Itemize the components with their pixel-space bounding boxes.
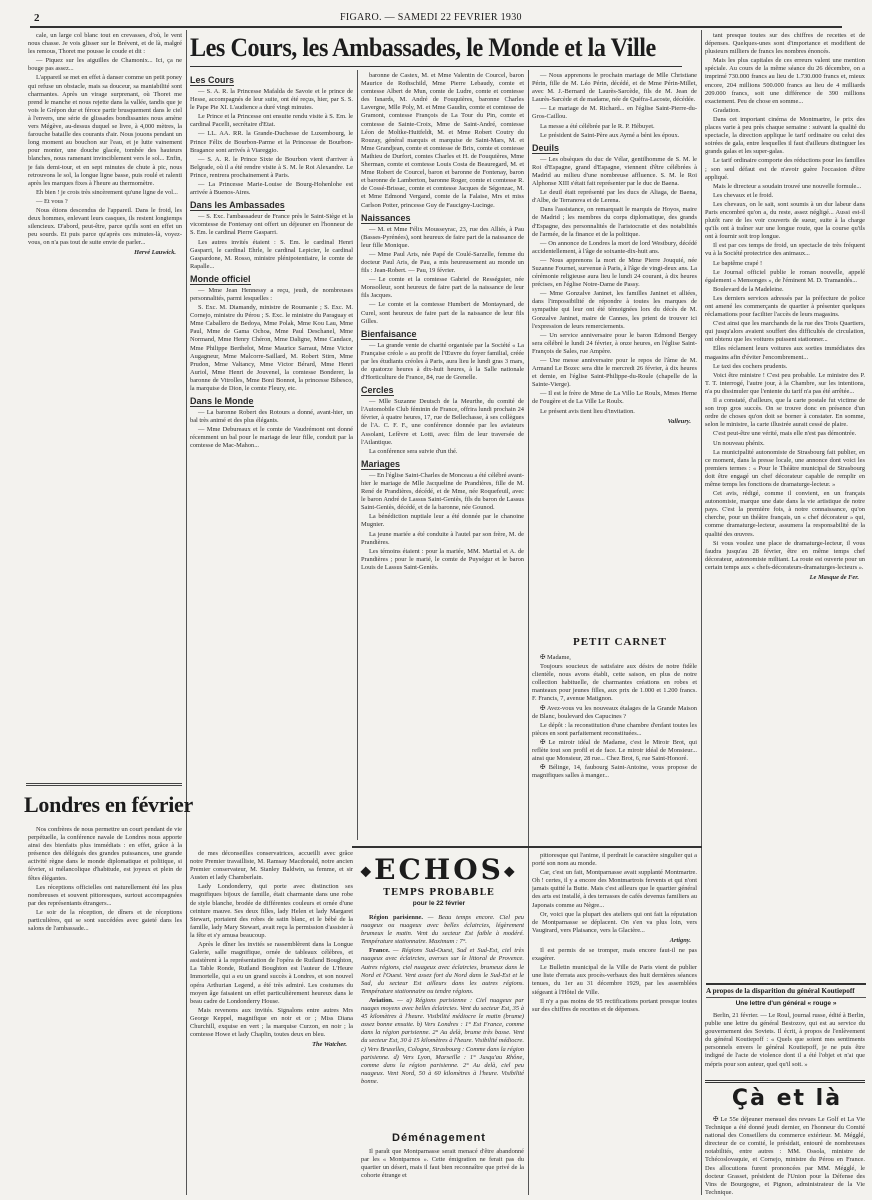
- paragraph: — M. et Mme Félix Mousseyrac, 23, rue de…: [361, 226, 524, 250]
- paragraph: Cet avis, rédigé, comme il convient, en …: [705, 490, 865, 539]
- paragraph: ✠ Le 55e déjeuner mensuel des revues Le …: [705, 1116, 865, 1197]
- weather-title: TEMPS PROBABLE: [354, 888, 524, 898]
- paragraph: Les derniers services adressés par la pr…: [705, 295, 865, 319]
- column-rule: [701, 30, 702, 1195]
- paragraph: C'est ainsi que les marchands de la rue …: [705, 320, 865, 344]
- paragraph: Les autres invités étaient : S. Em. le c…: [190, 239, 353, 271]
- petit-carnet-title: PETIT CARNET: [540, 636, 700, 648]
- paragraph: Or, voici que la plupart des ateliers qu…: [532, 911, 697, 935]
- main-headline: Les Cours, les Ambassades, le Monde et l…: [190, 33, 653, 63]
- paragraph: Le Bulletin municipal de la Ville de Par…: [532, 964, 697, 996]
- column-2: Les Cours— S. A. R. la Princesse Mafalda…: [190, 72, 353, 832]
- paragraph: — On annonce de Londres la mort de lord …: [532, 240, 697, 256]
- paragraph: C'est peut-être une vérité, mais elle n'…: [705, 430, 865, 438]
- paragraph: — La grande vente de charité organisée p…: [361, 342, 524, 382]
- paragraph: Les chevaux, on le sait, sont soumis à u…: [705, 201, 865, 241]
- echos-title: ◆ECHOS◆: [354, 853, 524, 886]
- paragraph: — Il est le frère de Mme de La Villo Le …: [532, 390, 697, 406]
- paragraph: — Nous apprenons la mort de Mme Pierre J…: [532, 257, 697, 289]
- section-heading: Dans les Ambassades: [190, 200, 285, 211]
- paragraph: S. Exc. M. Diamandy, ministre de Roumani…: [190, 304, 353, 393]
- section-heading: Naissances: [361, 213, 411, 224]
- paragraph: — Et vous ?: [28, 198, 182, 206]
- paragraph: — Mme Paul Aris, née Papé de Coulé-Sarze…: [361, 251, 524, 275]
- paragraph: — Piquez sur les aiguilles de Chamonix..…: [28, 57, 182, 73]
- section-heading: Dans le Monde: [190, 396, 254, 407]
- paragraph: Voici être ministre ! C'est peu probable…: [705, 372, 865, 396]
- paragraph: — S. Exc. l'ambassadeur de France près l…: [190, 213, 353, 237]
- paragraph: — Une messe anniversaire pour le repos d…: [532, 357, 697, 389]
- column-rule: [186, 30, 187, 1195]
- weather-text: — a) Régions parisienne : Ciel nuageux p…: [361, 997, 524, 1085]
- paragraph: Les réceptions officielles ont naturelle…: [28, 884, 182, 908]
- paragraph: — Mme Gonzalve Janinet, les familles Jan…: [532, 290, 697, 330]
- koutiepoff-headline: A propos de la disparition du général Ko…: [706, 983, 866, 998]
- weather-text: — Régions Sud-Ouest, Sud et Sud-Est, cie…: [361, 947, 524, 994]
- paragraph: Le président de Saint-Père aux Aymé a bé…: [532, 132, 697, 140]
- paragraph: Elles réclament leurs voitures aux sorti…: [705, 345, 865, 361]
- paragraph: de mes déconseilles conservatrices, accu…: [190, 850, 353, 882]
- paragraph: Après le dîner les invités se rassemblèr…: [190, 941, 353, 1006]
- paragraph: Car, c'est un fait, Montparnasse avait s…: [532, 869, 697, 909]
- koutiepoff-article: Berlin, 21 février. — Le Roul, journal r…: [705, 1012, 865, 1074]
- paragraph: ✠ Avez-vous vu les nouveaux étalages de …: [532, 705, 697, 721]
- signature: Hervé Lauwick.: [34, 249, 176, 257]
- paragraph: Le soir de la réception, de dîners et de…: [28, 909, 182, 933]
- demenagement-article: Il paraît que Montparnasse serait menacé…: [361, 1148, 524, 1198]
- paragraph: — La baronne Robert des Rotours a donné,…: [190, 409, 353, 425]
- paragraph: Toujours soucieux de satisfaire aux dési…: [532, 663, 697, 703]
- paragraph: tant presque toutes sur des chiffres de …: [705, 32, 865, 56]
- london-society-continued: de mes déconseilles conservatrices, accu…: [190, 850, 353, 1180]
- header-rule: [30, 26, 842, 28]
- paragraph: La jeune mariée a été conduite à l'autel…: [361, 531, 524, 547]
- paragraph: — Mlle Suzanne Deutsch de la Meurthe, du…: [361, 398, 524, 447]
- section-heading: Cercles: [361, 385, 394, 396]
- paragraph: — Mme Debureaux et le comte de Vaudrémon…: [190, 426, 353, 450]
- paragraph: Si vous voulez une place de dramaturge-l…: [705, 540, 865, 572]
- page-number: 2: [34, 12, 40, 24]
- column-1-article: cale, un large col blanc tout en crevass…: [28, 32, 182, 776]
- paragraph: Dans cet important cinéma de Montmartre,…: [705, 116, 865, 156]
- paragraph: — Le mariage de M. Richard... en l'églis…: [532, 105, 697, 121]
- demenagement-title: Déménagement: [354, 1132, 524, 1144]
- paragraph: ✠ Madame,: [532, 654, 697, 662]
- paragraph: — Nous apprenons le prochain mariage de …: [532, 72, 697, 104]
- signature: The Watcher.: [196, 1041, 347, 1049]
- weather-entry: Région parisienne. — Beau temps encore. …: [361, 914, 524, 946]
- paragraph: pittoresque qui l'anime, il perdrait le …: [532, 852, 697, 868]
- paragraph: ✠ Bélinge, 14, faubourg Saint-Antoine, v…: [532, 764, 697, 780]
- weather-region: France.: [369, 947, 393, 954]
- paragraph: baronne de Castex, M. et Mme Valentin de…: [361, 72, 524, 210]
- paragraph: Mais le directeur a soudain trouvé une n…: [705, 183, 865, 191]
- weather-region: Région parisienne.: [369, 914, 428, 921]
- londres-title: Londres en février: [24, 792, 193, 818]
- paragraph: Boulevard de la Madeleine.: [705, 286, 865, 294]
- paragraph: La conférence sera suivie d'un thé.: [361, 448, 524, 456]
- paragraph: Les chevaux et le froid.: [705, 192, 865, 200]
- petit-carnet: ✠ Madame,Toujours soucieux de satisfaire…: [532, 654, 697, 844]
- section-heading: Les Cours: [190, 75, 234, 86]
- paragraph: La messe a été célébrée par le R. P. Héb…: [532, 123, 697, 131]
- paragraph: Le Journal officiel publie le roman nouv…: [705, 269, 865, 285]
- column-rule: [528, 70, 529, 1195]
- paragraph: Nous étions descendus de l'appareil. Dan…: [28, 207, 182, 247]
- newspaper-page: 2 FIGARO. — SAMEDI 22 FEVRIER 1930 cale,…: [0, 0, 872, 1200]
- section-heading: Bienfaisance: [361, 329, 417, 340]
- londres-article: Nos confrères de nous permettre un court…: [28, 826, 182, 1196]
- paragraph: — Mme Jean Hennessy a reçu, jeudi, de no…: [190, 287, 353, 303]
- paragraph: Le présent avis tient lieu d'invitation.: [532, 408, 697, 416]
- paragraph: Le dépôt : la reconstitution d'une chamb…: [532, 722, 697, 738]
- paragraph: Dans l'assistance, on remarquait le marq…: [532, 206, 697, 238]
- weather-entry: France. — Régions Sud-Ouest, Sud et Sud-…: [361, 947, 524, 996]
- paragraph: — S. A. R. la Princesse Mafalda de Savoi…: [190, 88, 353, 112]
- paragraph: Le baptême crapé !: [705, 260, 865, 268]
- paragraph: Les témoins étaient : pour la mariée, MM…: [361, 548, 524, 572]
- column-4: — Nous apprenons le prochain mariage de …: [532, 72, 697, 627]
- paragraph: La bénédiction nuptiale leur a été donné…: [361, 513, 524, 529]
- ca-et-la-article: ✠ Le 55e déjeuner mensuel des revues Le …: [705, 1116, 865, 1200]
- weather-date: pour le 22 février: [354, 900, 524, 907]
- column-rule: [357, 70, 358, 840]
- echos-heading: ECHOS: [374, 853, 504, 886]
- paragraph: Le tarif ordinaire comporte des réductio…: [705, 157, 865, 181]
- headline-rule: [190, 66, 682, 67]
- paragraph: cale, un large col blanc tout en crevass…: [28, 32, 182, 56]
- paragraph: La municipalité autonomiste de Strasbour…: [705, 449, 865, 489]
- paragraph: Il a constaté, d'ailleurs, que la carte …: [705, 397, 865, 429]
- echos-rule: [352, 846, 702, 848]
- column-3: baronne de Castex, M. et Mme Valentin de…: [361, 72, 524, 842]
- paragraph: — Les obsèques du duc de Vélar, gentilho…: [532, 156, 697, 188]
- paragraph: Eh bien ! je crois très sincèrement qu'u…: [28, 189, 182, 197]
- koutiepoff-subtitle: Une lettre d'un général « rouge »: [706, 1000, 866, 1007]
- paragraph: Il est permis de se tromper, mais encore…: [532, 947, 697, 963]
- paragraph: — En l'église Saint-Charles de Monceau a…: [361, 472, 524, 512]
- diamond-ornament-icon: ◆: [504, 864, 518, 880]
- paragraph: — Le comte et la comtesse Humbert de Mon…: [361, 301, 524, 325]
- signature: Valleury.: [538, 418, 691, 426]
- section-heading: Mariages: [361, 459, 400, 470]
- paragraph: — Un service anniversaire pour le baron …: [532, 332, 697, 356]
- paragraph: Un nouveau phénix.: [705, 440, 865, 448]
- paragraph: Il n'y a pas moins de 95 rectifications …: [532, 998, 697, 1014]
- weather-region: Aviation.: [369, 997, 397, 1004]
- column-4-bottom: pittoresque qui l'anime, il perdrait le …: [532, 852, 697, 1197]
- signature: Artigny.: [538, 937, 691, 945]
- paragraph: Berlin, 21 février. — Le Roul, journal r…: [705, 1012, 865, 1069]
- diamond-ornament-icon: ◆: [360, 864, 374, 880]
- paragraph: Gradation.: [705, 107, 865, 115]
- paragraph: Il est par ces temps de froid, un specta…: [705, 242, 865, 258]
- paragraph: Mais revenons aux invités. Signalons ent…: [190, 1007, 353, 1039]
- paragraph: — LL. AA. RR. la Grande-Duchesse de Luxe…: [190, 130, 353, 154]
- paragraph: Il paraît que Montparnasse serait menacé…: [361, 1148, 524, 1180]
- ca-et-la-title: Çà et là: [712, 1086, 862, 1111]
- paragraph: — Le comte et la comtesse Gabriel de Res…: [361, 276, 524, 300]
- weather-entry: Aviation. — a) Régions parisienne : Ciel…: [361, 997, 524, 1086]
- signature: Le Masque de Fer.: [711, 574, 859, 582]
- section-heading: Monde officiel: [190, 274, 251, 285]
- paragraph: Mais les plus capitales de ces erreurs v…: [705, 57, 865, 106]
- weather-forecast: Région parisienne. — Beau temps encore. …: [361, 914, 524, 1130]
- section-heading: Deuils: [532, 143, 559, 154]
- paragraph: — S. A. R. le Prince Sixte de Bourbon vi…: [190, 156, 353, 180]
- section-rule: [705, 1080, 865, 1083]
- paragraph: — La Princesse Marie-Louise de Bourg-Hoh…: [190, 181, 353, 197]
- section-rule: [26, 783, 182, 786]
- paragraph: Le deuil était représenté par les ducs d…: [532, 189, 697, 205]
- paragraph: ✠ Le miroir idéal de Madame, c'est le Mi…: [532, 739, 697, 763]
- paragraph: L'appareil se met en effet à danser comm…: [28, 74, 182, 187]
- paragraph: Le taxi des cochers prudents.: [705, 363, 865, 371]
- paragraph: Le Prince et la Princesse ont ensuite re…: [190, 113, 353, 129]
- column-5: tant presque toutes sur des chiffres de …: [705, 32, 865, 977]
- running-head: FIGARO. — SAMEDI 22 FEVRIER 1930: [340, 12, 522, 23]
- paragraph: Nos confrères de nous permettre un court…: [28, 826, 182, 883]
- paragraph: Lady Londonderry, qui porte avec distinc…: [190, 883, 353, 940]
